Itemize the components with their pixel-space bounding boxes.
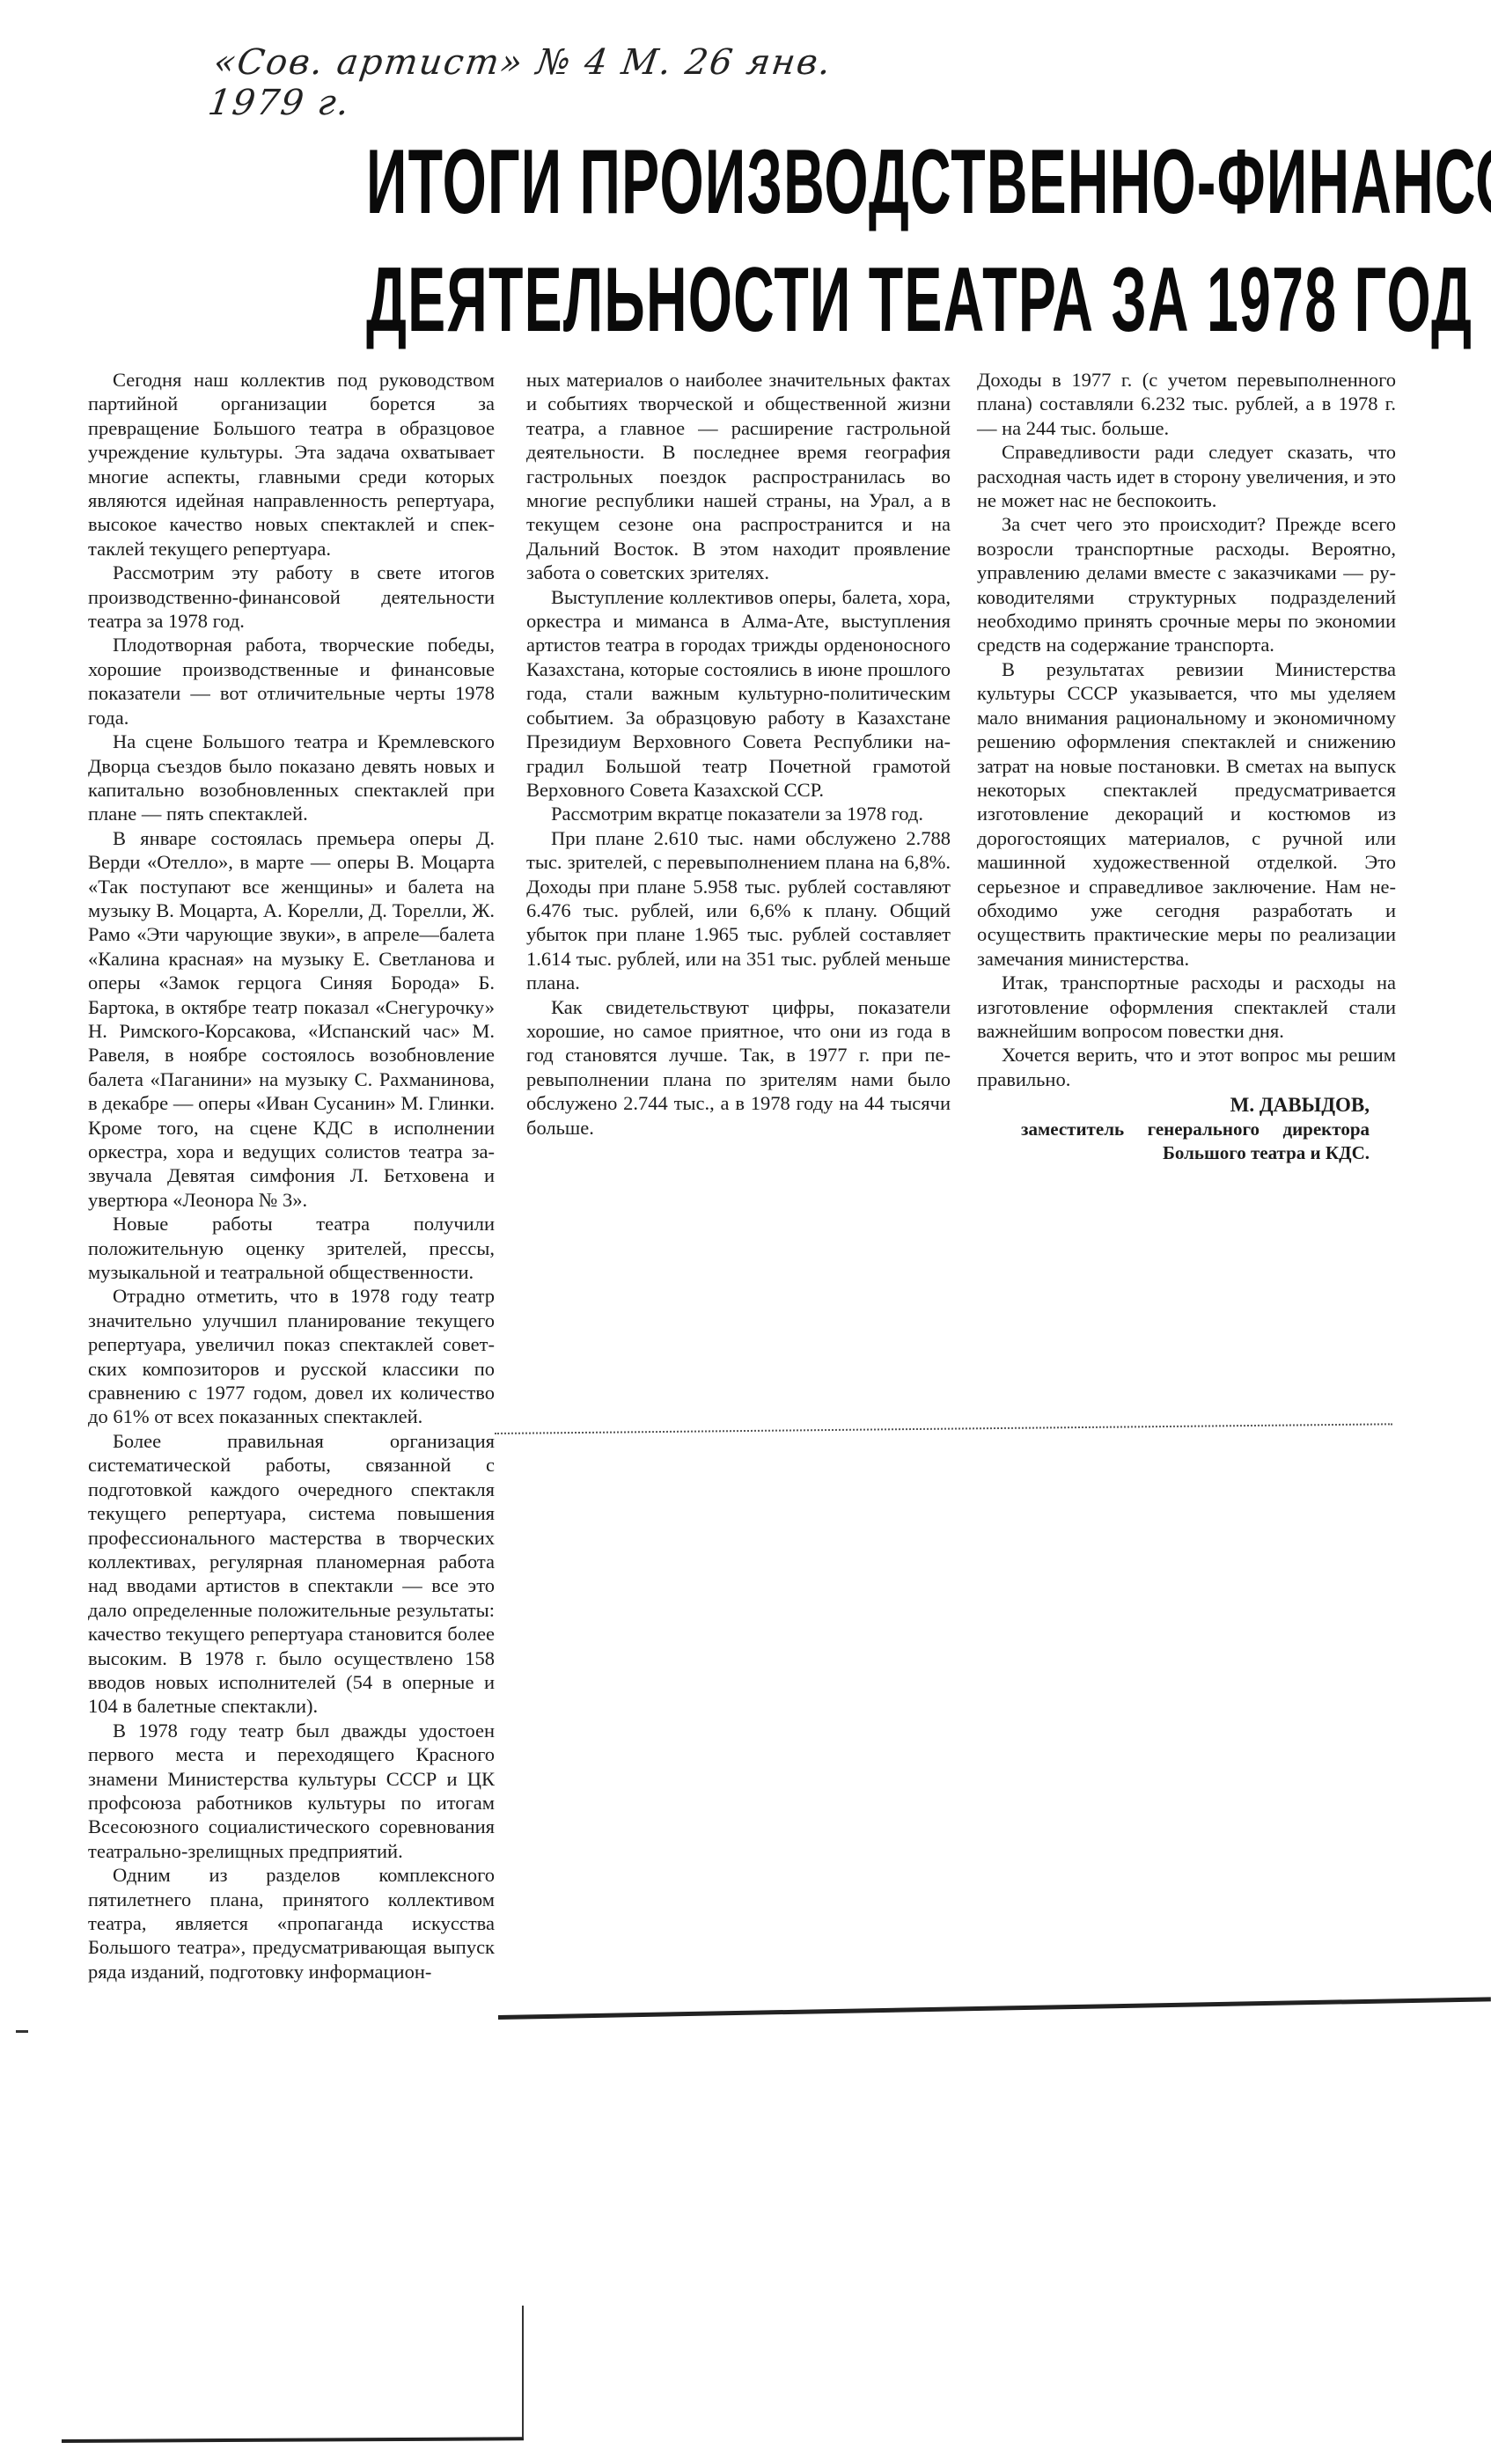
paragraph: При плане 2.610 тыс. нами об­служено 2.7… <box>526 826 951 995</box>
paragraph: Как свидетельствуют цифры, по­казатели х… <box>526 995 951 1140</box>
paragraph: За счет чего это происходит? Прежде всег… <box>977 512 1396 656</box>
paragraph: В 1978 году театр был дважды удостоен пе… <box>88 1719 495 1863</box>
article-column-2: ных материалов о наиболее значи­тельных … <box>526 368 951 1140</box>
author-title: заместитель генерального ди­ректора Боль… <box>977 1118 1396 1166</box>
paragraph: Рассмотрим эту работу в свете итогов про… <box>88 561 495 633</box>
article-headline: ИТОГИ ПРОИЗВОДСТВЕННО-ФИНАНСОВОЙ ДЕЯТЕЛЬ… <box>132 130 1364 366</box>
paragraph: Справедливости ради следует сказать, что… <box>977 440 1396 512</box>
clipping-side-edge <box>522 2306 524 2438</box>
paragraph: Хочется верить, что и этот во­прос мы ре… <box>977 1043 1396 1091</box>
author-name: М. ДАВЫДОВ, <box>977 1093 1396 1117</box>
article-column-1: Сегодня наш коллектив под руко­водством … <box>88 368 495 1984</box>
paragraph: Итак, транспортные расходы и расходы на … <box>977 971 1396 1043</box>
paragraph: Отрадно отметить, что в 1978 го­ду театр… <box>88 1284 495 1428</box>
headline-line-1: ИТОГИ ПРОИЗВОДСТВЕННО-ФИНАНСОВОЙ <box>366 130 1130 234</box>
clipping-cut-line <box>498 1997 1491 2020</box>
paragraph: ных материалов о наиболее значи­тельных … <box>526 368 951 585</box>
column-end-dotted-rule <box>495 1423 1392 1434</box>
clipping-bottom-edge <box>62 2437 524 2443</box>
paragraph: В результатах ревизии Министер­ства куль… <box>977 657 1396 971</box>
paragraph: Рассмотрим вкратце показатели за 1978 го… <box>526 802 951 825</box>
paragraph: Новые работы театра получили положительн… <box>88 1212 495 1284</box>
paragraph: Плодотворная работа, творческие победы, … <box>88 633 495 730</box>
scan-mark <box>16 2030 28 2033</box>
handwritten-source-note: «Сов. артист» № 4 М. 26 янв. 1979 г. <box>206 42 939 123</box>
paragraph: Выступление коллективов оперы, балета, х… <box>526 585 951 803</box>
paragraph: Одним из разделов комплексного пятилетне… <box>88 1863 495 1984</box>
article-column-3: Доходы в 1977 г. (с учетом пере­выполнен… <box>977 368 1396 1165</box>
paragraph: В январе состоялась премьера оперы Д. Ве… <box>88 826 495 1213</box>
headline-line-2: ДЕЯТЕЛЬНОСТИ ТЕАТРА ЗА 1978 ГОД <box>366 234 1130 366</box>
paragraph: Более правильная организация систематиче… <box>88 1429 495 1719</box>
paragraph: Доходы в 1977 г. (с учетом пере­выполнен… <box>977 368 1396 440</box>
paragraph: Сегодня наш коллектив под руко­водством … <box>88 368 495 561</box>
author-signature: М. ДАВЫДОВ, заместитель генерального ди­… <box>977 1093 1396 1165</box>
paragraph: На сцене Большого театра и Кремлевского … <box>88 730 495 826</box>
